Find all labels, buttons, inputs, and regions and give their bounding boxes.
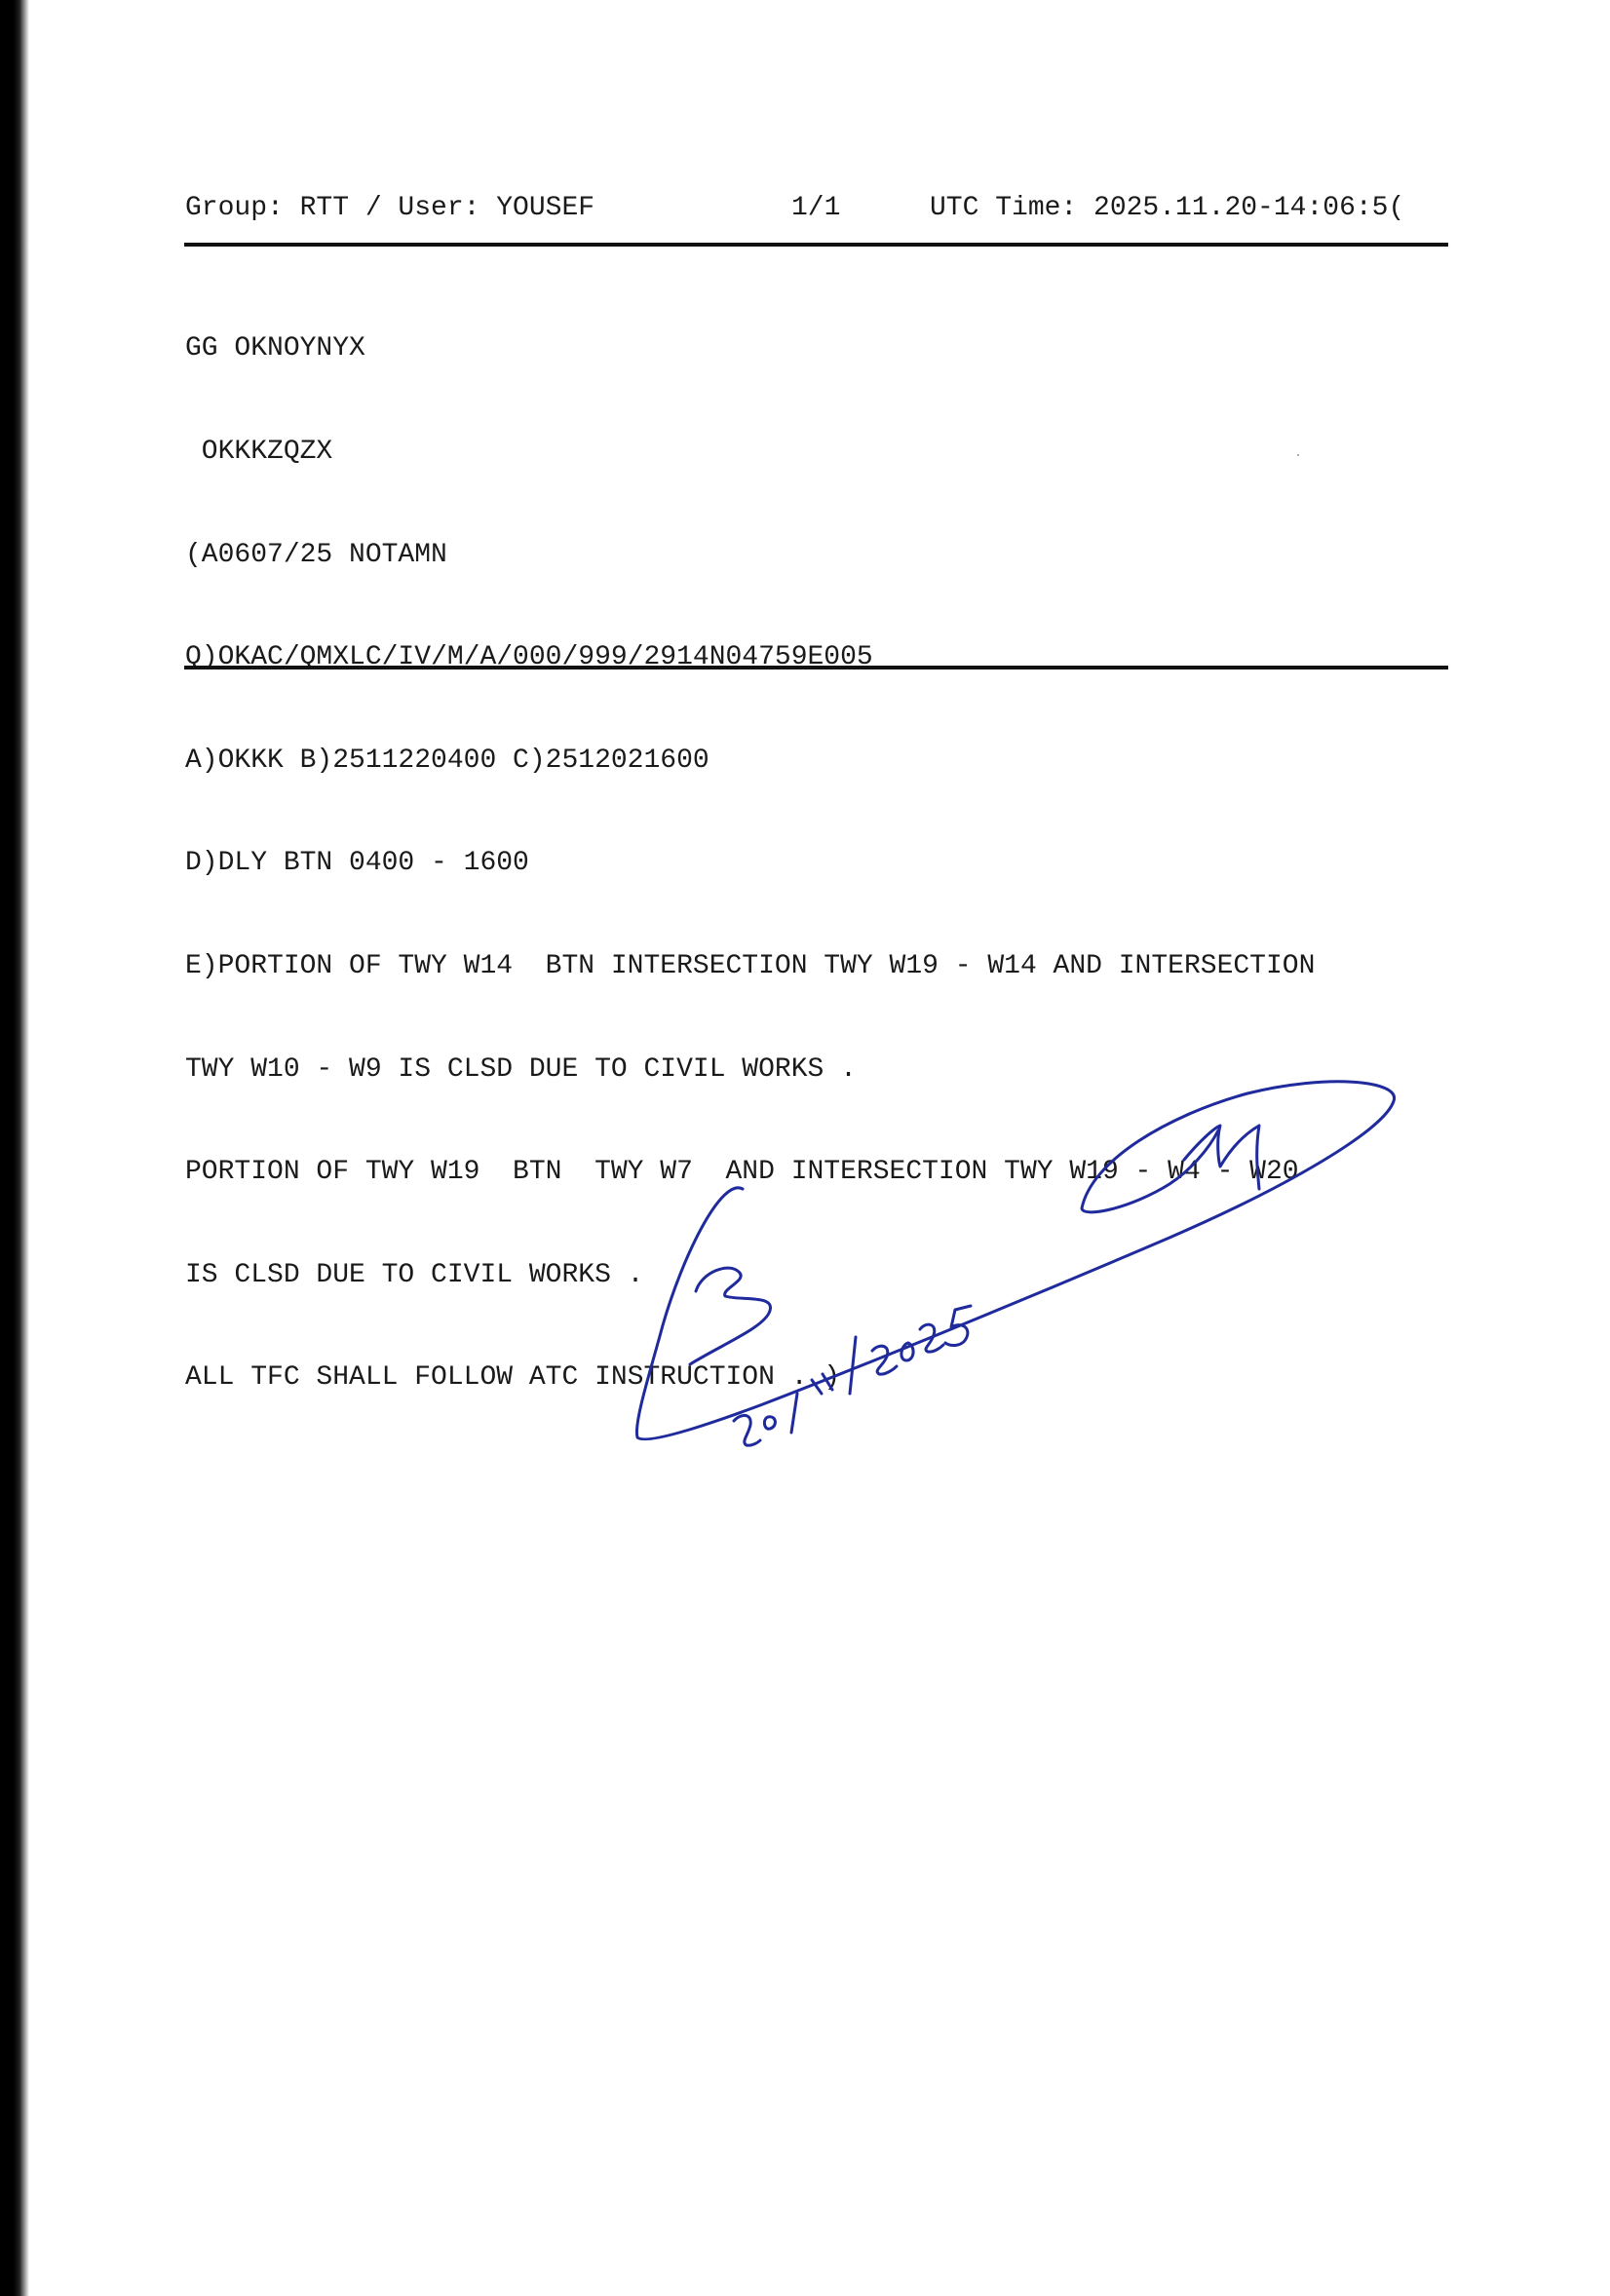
- utc-time: UTC Time: 2025.11.20-14:06:5(: [930, 193, 1404, 223]
- message-line-e-field-1: E)PORTION OF TWY W14 BTN INTERSECTION TW…: [185, 949, 1472, 983]
- message-line-d-field: D)DLY BTN 0400 - 1600: [185, 846, 1472, 880]
- date-digit-2c: [920, 1324, 943, 1352]
- signature-initial-m: [1184, 1126, 1259, 1189]
- footer-divider: [184, 666, 1448, 670]
- group-user-label: Group: RTT / User: YOUSEF: [185, 193, 594, 223]
- signature-main-stroke: [636, 1082, 1394, 1439]
- scan-speck: [1297, 454, 1299, 456]
- message-line-abc-fields: A)OKKK B)2511220400 C)2512021600: [185, 744, 1472, 778]
- scan-left-edge: [0, 0, 8, 2296]
- print-header: Group: RTT / User: YOUSEF 1/1 UTC Time: …: [185, 193, 1448, 232]
- page-number: 1/1: [791, 193, 840, 223]
- message-line-originator: OKKKZQZX: [185, 435, 1472, 469]
- signature-initial-b: [690, 1268, 770, 1364]
- date-slash-1: [791, 1394, 797, 1433]
- message-line-priority-address: GG OKNOYNYX: [185, 331, 1472, 365]
- date-digit-5: [945, 1306, 971, 1345]
- message-line-notam-id: (A0607/25 NOTAMN: [185, 538, 1472, 572]
- handwritten-signature: [624, 1072, 1481, 1481]
- date-digit-2a: [734, 1415, 760, 1445]
- header-divider: [184, 243, 1448, 247]
- date-slash-2: [850, 1337, 856, 1394]
- date-digit-0b: [901, 1343, 913, 1360]
- date-digit-0a: [764, 1417, 775, 1429]
- message-line-q-field: Q)OKAC/QMXLC/IV/M/A/000/999/2914N04759E0…: [185, 640, 1472, 674]
